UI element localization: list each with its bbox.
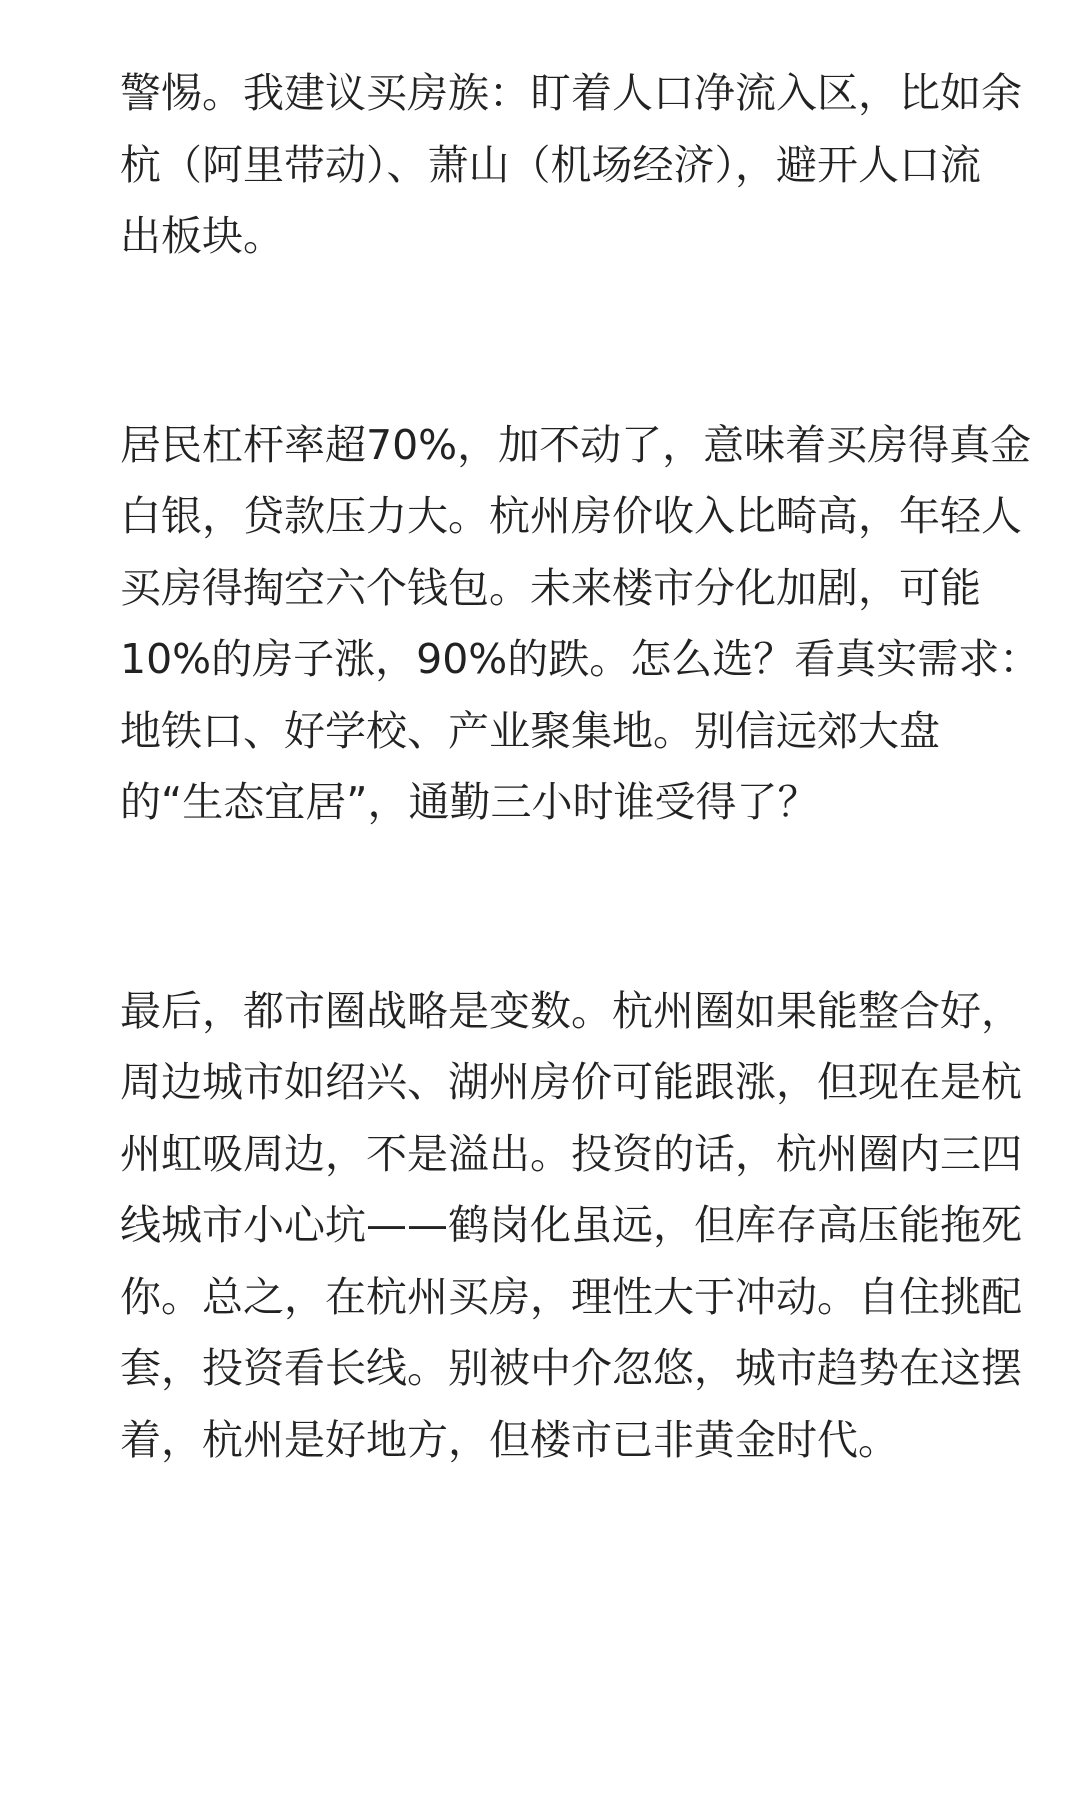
text-line: 线城市小心坑——鹤岗化虽远，但库存高压能拖死: [120, 1190, 1030, 1262]
text-line: 你。总之，在杭州买房，理性大于冲动。自住挑配: [120, 1262, 1030, 1334]
text-line: 出板块。: [120, 201, 1030, 273]
text-line: 买房得掏空六个钱包。未来楼市分化加剧，可能: [120, 553, 1030, 625]
text-line: 的“生态宜居”，通勤三小时谁受得了？: [120, 767, 1030, 839]
paragraph-3: 最后，都市圈战略是变数。杭州圈如果能整合好， 周边城市如绍兴、湖州房价可能跟涨，…: [120, 976, 1030, 1477]
paragraph-2: 居民杠杆率超70%，加不动了，意味着买房得真金 白银，贷款压力大。杭州房价收入比…: [120, 410, 1030, 839]
text-line: 套，投资看长线。别被中介忽悠，城市趋势在这摆: [120, 1333, 1030, 1405]
text-line: 10%的房子涨，90%的跌。怎么选？看真实需求：: [120, 624, 1030, 696]
text-line: 周边城市如绍兴、湖州房价可能跟涨，但现在是杭: [120, 1047, 1030, 1119]
text-line: 州虹吸周边，不是溢出。投资的话，杭州圈内三四: [120, 1119, 1030, 1191]
text-line: 地铁口、好学校、产业聚集地。别信远郊大盘: [120, 696, 1030, 768]
text-line: 着，杭州是好地方，但楼市已非黄金时代。: [120, 1405, 1030, 1477]
text-line: 白银，贷款压力大。杭州房价收入比畸高，年轻人: [120, 481, 1030, 553]
text-line: 居民杠杆率超70%，加不动了，意味着买房得真金: [120, 410, 1030, 482]
text-line: 杭（阿里带动）、萧山（机场经济），避开人口流: [120, 130, 1030, 202]
text-line: 最后，都市圈战略是变数。杭州圈如果能整合好，: [120, 976, 1030, 1048]
paragraph-1: 警惕。我建议买房族：盯着人口净流入区，比如余 杭（阿里带动）、萧山（机场经济），…: [120, 58, 1030, 273]
article-body: 警惕。我建议买房族：盯着人口净流入区，比如余 杭（阿里带动）、萧山（机场经济），…: [120, 58, 1030, 1613]
text-line: 警惕。我建议买房族：盯着人口净流入区，比如余: [120, 58, 1030, 130]
